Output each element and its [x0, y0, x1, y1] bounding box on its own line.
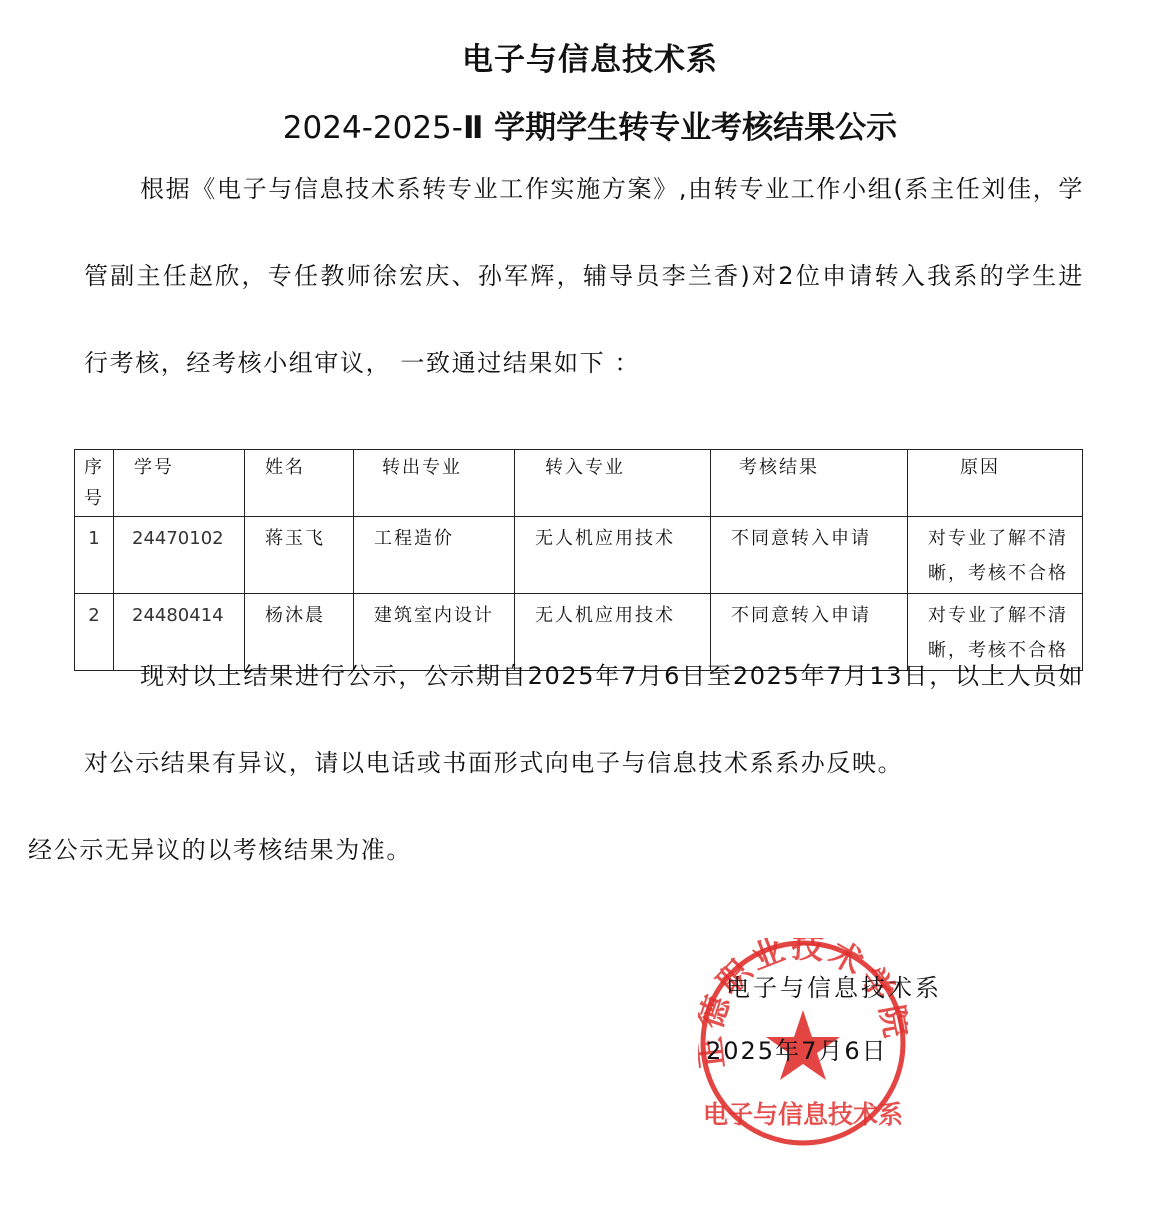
cell-index: 1 [75, 517, 114, 594]
col-header-from-major: 转出专业 [354, 450, 515, 517]
notice-title-year: 2024-2025- [283, 110, 463, 146]
cell-student-id: 24470102 [114, 517, 245, 594]
seal-center-text: 电子与信息技术系 [703, 1100, 903, 1129]
notice-title-text: 学期学生转专业考核结果公示 [483, 110, 897, 146]
col-header-index: 序号 [75, 450, 114, 517]
notice-title-term: Ⅱ [463, 110, 483, 146]
final-text: 经公示无异议的以考核结果为准。 [28, 807, 412, 894]
cell-from-major: 工程造价 [354, 517, 515, 594]
cell-result: 不同意转入申请 [711, 517, 908, 594]
cell-reason: 对专业了解不清晰，考核不合格 [908, 517, 1083, 594]
signature-date: 2025年7月6日 [706, 1031, 888, 1066]
publicity-text: 现对以上结果进行公示，公示期自2025年7月6日至2025年7月13日，以上人员… [84, 662, 1084, 777]
col-header-reason: 原因 [908, 450, 1083, 517]
closing-paragraph: 现对以上结果进行公示，公示期自2025年7月6日至2025年7月13日，以上人员… [84, 633, 1084, 894]
col-header-student-id: 学号 [114, 450, 245, 517]
col-header-name: 姓名 [245, 450, 354, 517]
intro-paragraph: 根据《电子与信息技术系转专业工作实施方案》,由转专业工作小组(系主任刘佳，学管副… [84, 146, 1084, 407]
table-row: 1 24470102 蒋玉飞 工程造价 无人机应用技术 不同意转入申请 对专业了… [75, 517, 1083, 594]
cell-name: 蒋玉飞 [245, 517, 354, 594]
notice-title: 2024-2025-Ⅱ 学期学生转专业考核结果公示 [0, 102, 1164, 147]
signature-org: 电子与信息技术系 [726, 968, 942, 1003]
department-title: 电子与信息技术系 [0, 34, 1164, 79]
table-header-row: 序号 学号 姓名 转出专业 转入专业 考核结果 原因 [75, 450, 1083, 517]
col-header-result: 考核结果 [711, 450, 908, 517]
col-header-to-major: 转入专业 [515, 450, 711, 517]
cell-to-major: 无人机应用技术 [515, 517, 711, 594]
